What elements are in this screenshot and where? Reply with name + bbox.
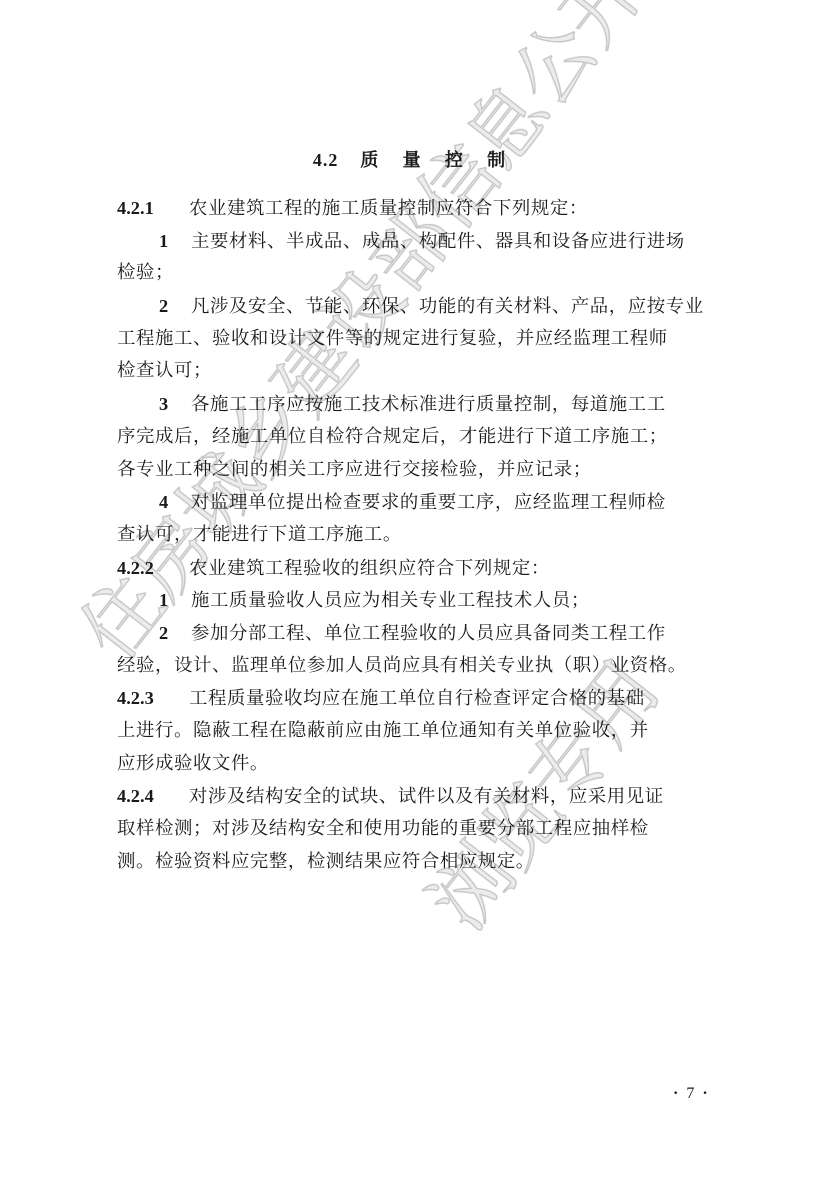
item-line: 查认可，才能进行下道工序施工。 bbox=[117, 519, 707, 552]
clause-4-2-4: 4.2.4对涉及结构安全的试块、试件以及有关材料，应采用见证 bbox=[117, 780, 707, 813]
clause-text: 工程质量验收均应在施工单位自行检查评定合格的基础 bbox=[189, 688, 645, 709]
clause-text: 农业建筑工程的施工质量控制应符合下列规定： bbox=[189, 198, 588, 219]
document-page: 住房城乡建设部信息公开 浏览专用 4.2质 量 控 制 4.2.1农业建筑工程的… bbox=[0, 0, 827, 1199]
clause-4-2-1: 4.2.1农业建筑工程的施工质量控制应符合下列规定： bbox=[117, 192, 707, 225]
item-number: 1 bbox=[117, 225, 191, 258]
item-line: 3各施工工序应按施工技术标准进行质量控制，每道施工工 bbox=[117, 388, 707, 421]
item-text: 对监理单位提出检查要求的重要工序，应经监理工程师检 bbox=[191, 492, 666, 513]
item-number: 4 bbox=[117, 486, 191, 519]
clause-4-2-3: 4.2.3工程质量验收均应在施工单位自行检查评定合格的基础 bbox=[117, 682, 707, 715]
item-text: 施工质量验收人员应为相关专业工程技术人员； bbox=[191, 590, 590, 611]
page-number-value: 7 bbox=[686, 1085, 694, 1102]
item-text: 各施工工序应按施工技术标准进行质量控制，每道施工工 bbox=[191, 394, 666, 415]
document-body: 4.2.1农业建筑工程的施工质量控制应符合下列规定： 1主要材料、半成品、成品、… bbox=[117, 192, 707, 878]
item-text: 凡涉及安全、节能、环保、功能的有关材料、产品，应按专业 bbox=[191, 296, 704, 317]
item-text: 参加分部工程、单位工程验收的人员应具备同类工程工作 bbox=[191, 623, 666, 644]
clause-number: 4.2.3 bbox=[117, 682, 189, 715]
item-line: 1主要材料、半成品、成品、构配件、器具和设备应进行进场 bbox=[117, 225, 707, 258]
item-line: 2参加分部工程、单位工程验收的人员应具备同类工程工作 bbox=[117, 617, 707, 650]
bullet-dot: · bbox=[702, 1085, 707, 1102]
item-text: 主要材料、半成品、成品、构配件、器具和设备应进行进场 bbox=[191, 231, 685, 252]
item-line: 经验，设计、监理单位参加人员尚应具有相关专业执（职）业资格。 bbox=[117, 650, 707, 683]
clause-line: 测。检验资料应完整，检测结果应符合相应规定。 bbox=[117, 846, 707, 879]
bullet-dot: · bbox=[673, 1085, 678, 1102]
section-title: 质 量 控 制 bbox=[360, 150, 514, 171]
section-number: 4.2 bbox=[313, 150, 339, 170]
item-line: 检查认可； bbox=[117, 355, 707, 388]
clause-text: 农业建筑工程验收的组织应符合下列规定： bbox=[189, 558, 550, 579]
item-line: 工程施工、验收和设计文件等的规定进行复验，并应经监理工程师 bbox=[117, 323, 707, 356]
item-number: 1 bbox=[117, 584, 191, 617]
item-number: 2 bbox=[117, 617, 191, 650]
clause-number: 4.2.4 bbox=[117, 780, 189, 813]
item-line: 4对监理单位提出检查要求的重要工序，应经监理工程师检 bbox=[117, 486, 707, 519]
item-line: 序完成后，经施工单位自检符合规定后，才能进行下道工序施工； bbox=[117, 421, 707, 454]
item-number: 3 bbox=[117, 388, 191, 421]
clause-number: 4.2.1 bbox=[117, 192, 189, 225]
clause-number: 4.2.2 bbox=[117, 552, 189, 585]
clause-4-2-2: 4.2.2农业建筑工程验收的组织应符合下列规定： bbox=[117, 552, 707, 585]
item-number: 2 bbox=[117, 290, 191, 323]
clause-text: 对涉及结构安全的试块、试件以及有关材料，应采用见证 bbox=[189, 786, 664, 807]
item-line: 2凡涉及安全、节能、环保、功能的有关材料、产品，应按专业 bbox=[117, 290, 707, 323]
item-line: 各专业工种之间的相关工序应进行交接检验，并应记录； bbox=[117, 454, 707, 487]
item-line: 1施工质量验收人员应为相关专业工程技术人员； bbox=[117, 584, 707, 617]
clause-line: 应形成验收文件。 bbox=[117, 748, 707, 781]
section-heading: 4.2质 量 控 制 bbox=[0, 146, 827, 172]
item-line: 检验； bbox=[117, 257, 707, 290]
clause-line: 取样检测；对涉及结构安全和使用功能的重要分部工程应抽样检 bbox=[117, 813, 707, 846]
page-number: ·7· bbox=[665, 1085, 716, 1103]
clause-line: 上进行。隐蔽工程在隐蔽前应由施工单位通知有关单位验收，并 bbox=[117, 715, 707, 748]
